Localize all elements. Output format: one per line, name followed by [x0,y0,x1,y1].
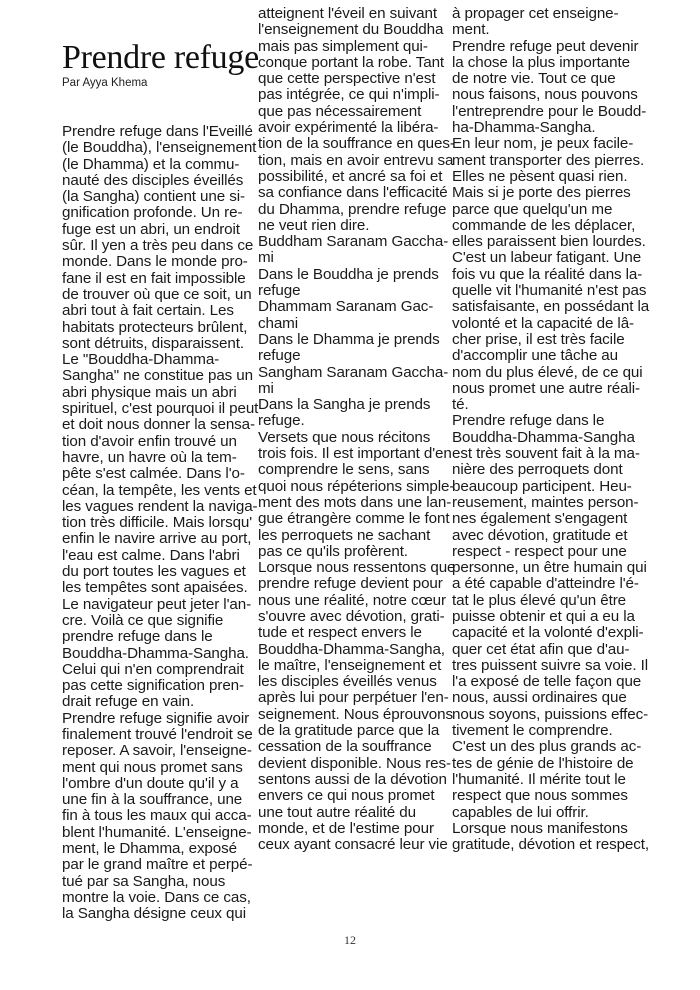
column-1-lines: Prendre refuge dans l'Eveillé(le Bouddha… [62,124,252,923]
text-line: nes également s'engagent [452,511,652,527]
text-line: les tempêtes sont apaisées. [62,580,252,596]
text-line: refuge [258,283,440,299]
text-line: cessation de la souffrance [258,739,440,755]
text-line: par le grand maître et perpé- [62,857,252,873]
text-line: Lorsque nous manifestons [452,821,652,837]
text-line: la chose la plus importante [452,55,652,71]
text-line: commande de les déplacer, [452,218,652,234]
text-line: personne, un être humain qui [452,560,652,576]
text-line: l'enseignement du Bouddha [258,22,440,38]
text-line: Versets que nous récitons [258,430,440,446]
text-line: tude et respect envers le [258,625,440,641]
text-line: gue étrangère comme le font [258,511,440,527]
text-column-1: Prendre refuge dans l'Eveillé(le Bouddha… [62,124,252,923]
text-line: tion de la souffrance en ques- [258,136,440,152]
text-line: tat le plus élevé qu'un être [452,593,652,609]
text-line: nous faisons, nous pouvons [452,87,652,103]
text-line: Prendre refuge peut devenir [452,39,652,55]
text-line: cher prise, il est très facile [452,332,652,348]
text-line: ha-Dhamma-Sangha. [452,120,652,136]
text-line: est très souvent fait à la ma- [452,446,652,462]
text-line: d'accomplir une tâche au [452,348,652,364]
text-line: spirituel, c'est pourquoi il peut [62,401,252,417]
document-page: Prendre refuge Par Ayya Khema Prendre re… [0,0,700,990]
text-line: C'est un labeur fatigant. Une [452,250,652,266]
text-line: puisse obtenir et qui a eu la [452,609,652,625]
text-line: quoi nous répéterions simple- [258,479,440,495]
text-line: reposer. A savoir, l'enseigne- [62,743,252,759]
text-line: ceux ayant consacré leur vie [258,837,440,853]
text-line: drait refuge en vain. [62,694,252,710]
text-line: mais pas simplement qui- [258,39,440,55]
text-line: a été capable d'atteindre l'é- [452,576,652,592]
text-line: ment transporter des pierres. [452,153,652,169]
text-column-2: atteignent l'éveil en suivantl'enseignem… [258,6,440,853]
text-line: enfin le navire arrive au port, [62,531,252,547]
text-column-3: à propager cet enseigne-ment.Prendre ref… [452,6,652,853]
text-line: Mais si je porte des pierres [452,185,652,201]
text-line: Dans le Dhamma je prends [258,332,440,348]
text-line: Dans le Bouddha je prends [258,267,440,283]
text-line: parce que quelqu'un me [452,202,652,218]
text-line: satisfaisante, en possédant la [452,299,652,315]
text-line: nous promet une autre réali- [452,381,652,397]
text-line: gnification profonde. Un re- [62,205,252,221]
text-line: Buddham Saranam Gaccha- [258,234,440,250]
text-line: l'eau est calme. Dans l'abri [62,548,252,564]
text-line: Prendre refuge signifie avoir [62,711,252,727]
text-line: sûr. Il yen a très peu dans ce [62,238,252,254]
text-line: Dhammam Saranam Gac- [258,299,440,315]
text-line: sa confiance dans l'efficacité [258,185,440,201]
text-line: ment, le Dhamma, exposé [62,841,252,857]
text-line: Prendre refuge dans le [452,413,652,429]
text-line: capacité et la volonté d'expli- [452,625,652,641]
text-line: envers ce qui nous promet [258,788,440,804]
text-line: fin à tous les maux qui acca- [62,808,252,824]
column-3-lines: à propager cet enseigne-ment.Prendre ref… [452,6,652,853]
text-line: de la gratitude parce que la [258,723,440,739]
text-line: havre, un havre où la tem- [62,450,252,466]
article-title: Prendre refuge [62,40,262,76]
text-line: refuge. [258,413,440,429]
text-line: l'ombre d'un doute qu'il y a [62,776,252,792]
text-line: elles paraissent bien lourdes. [452,234,652,250]
column-2-lines: atteignent l'éveil en suivantl'enseignem… [258,6,440,853]
text-line: nom du plus élevé, de ce qui [452,365,652,381]
text-line: reusement, maintes person- [452,495,652,511]
text-line: pas intégrée, ce qui n'impli- [258,87,440,103]
text-line: devient disponible. Nous res- [258,756,440,772]
text-line: chami [258,316,440,332]
text-line: comprendre le sens, sans [258,462,440,478]
article-header: Prendre refuge Par Ayya Khema [62,40,262,106]
text-line: monde. Dans le monde pro- [62,254,252,270]
text-line: Prendre refuge dans l'Eveillé [62,124,252,140]
text-line: après lui pour perpétuer l'en- [258,690,440,706]
text-line: cre. Voilà ce que signifie [62,613,252,629]
text-line: atteignent l'éveil en suivant [258,6,440,22]
text-line: avec dévotion, gratitude et [452,528,652,544]
text-line: tes de génie de l'histoire de [452,756,652,772]
text-line: capables de lui offrir. [452,805,652,821]
text-line: monde, et de l'estime pour [258,821,440,837]
text-line: les disciples éveillés venus [258,674,440,690]
text-line: gratitude, dévotion et respect, [452,837,652,853]
text-line: nière des perroquets dont [452,462,652,478]
text-line: ment qui nous promet sans [62,760,252,776]
text-line: sentons aussi de la dévotion [258,772,440,788]
text-line: quelle vit l'humanité n'est pas [452,283,652,299]
text-line: céan, la tempête, les vents et [62,483,252,499]
text-line: C'est un des plus grands ac- [452,739,652,755]
text-line: Sangham Saranam Gaccha- [258,365,440,381]
text-line: pête s'est calmée. Dans l'o- [62,466,252,482]
text-line: tion, mais en avoir entrevu sa [258,153,440,169]
text-line: nous une réalité, notre cœur [258,593,440,609]
text-line: quer cet état afin que d'au- [452,642,652,658]
text-line: tivement le comprendre. [452,723,652,739]
text-line: ment. [452,22,652,38]
text-line: s'ouvre avec dévotion, grati- [258,609,440,625]
text-line: ment des mots dans une lan- [258,495,440,511]
text-line: montre la voie. Dans ce cas, [62,890,252,906]
text-line: de notre vie. Tout ce que [452,71,652,87]
text-line: abri physique mais un abri [62,385,252,401]
text-line: que cette perspective n'est [258,71,440,87]
text-line: habitats protecteurs brûlent, [62,320,252,336]
text-line: avoir expérimenté la libéra- [258,120,440,136]
text-line: refuge [258,348,440,364]
text-line: une fin à la souffrance, une [62,792,252,808]
text-line: l'humanité. Il mérite tout le [452,772,652,788]
text-line: nous soyons, puissions effec- [452,707,652,723]
text-line: nauté des disciples éveillés [62,173,252,189]
text-line: Le navigateur peut jeter l'an- [62,597,252,613]
text-line: abri tout à fait certain. Les [62,303,252,319]
text-line: fuge est un abri, un endroit [62,222,252,238]
text-line: fane il est en fait impossible [62,271,252,287]
text-line: Bouddha-Dhamma-Sangha [452,430,652,446]
text-line: tion d'avoir enfin trouvé un [62,434,252,450]
text-line: Dans la Sangha je prends [258,397,440,413]
text-line: Bouddha-Dhamma-Sangha, [258,642,440,658]
text-line: fois vu que la réalité dans la- [452,267,652,283]
text-line: à propager cet enseigne- [452,6,652,22]
text-line: tion très difficile. Mais lorsqu' [62,515,252,531]
text-line: mi [258,250,440,266]
text-line: Le "Bouddha-Dhamma- [62,352,252,368]
text-line: (la Sangha) contient une si- [62,189,252,205]
text-line: (le Dhamma) et la commu- [62,157,252,173]
text-line: té. [452,397,652,413]
text-line: nous, aussi ordinaires que [452,690,652,706]
text-line: une tout autre réalité du [258,805,440,821]
text-line: seignement. Nous éprouvons [258,707,440,723]
text-line: que pas nécessairement [258,104,440,120]
text-line: mi [258,381,440,397]
text-line: prendre refuge dans le [62,629,252,645]
text-line: ne veut rien dire. [258,218,440,234]
text-line: l'a exposé de telle façon que [452,674,652,690]
text-line: En leur nom, je peux facile- [452,136,652,152]
text-line: pas ce qu'ils profèrent. [258,544,440,560]
text-line: blent l'humanité. L'enseigne- [62,825,252,841]
text-line: et doit nous donner la sensa- [62,417,252,433]
text-line: de trouver où que ce soit, un [62,287,252,303]
text-line: Elles ne pèsent quasi rien. [452,169,652,185]
text-line: les perroquets ne sachant [258,528,440,544]
text-line: Sangha" ne constitue pas un [62,368,252,384]
text-line: conque portant la robe. Tant [258,55,440,71]
article-byline: Par Ayya Khema [62,76,262,90]
text-line: beaucoup participent. Heu- [452,479,652,495]
text-line: les vagues rendent la naviga- [62,499,252,515]
text-line: sont détruits, disparaissent. [62,336,252,352]
text-line: du Dhamma, prendre refuge [258,202,440,218]
text-line: prendre refuge devient pour [258,576,440,592]
text-line: trois fois. Il est important d'en [258,446,440,462]
text-line: Celui qui n'en comprendrait [62,662,252,678]
text-line: (le Bouddha), l'enseignement [62,140,252,156]
text-line: tué par sa Sangha, nous [62,874,252,890]
text-line: le maître, l'enseignement et [258,658,440,674]
page-number: 12 [0,933,700,948]
text-line: du port toutes les vagues et [62,564,252,580]
text-line: volonté et la capacité de lâ- [452,316,652,332]
text-line: l'entreprendre pour le Boudd- [452,104,652,120]
text-line: possibilité, et ancré sa foi et [258,169,440,185]
text-line: la Sangha désigne ceux qui [62,906,252,922]
text-line: Lorsque nous ressentons que [258,560,440,576]
text-line: tres puissent suivre sa voie. Il [452,658,652,674]
text-line: respect que nous sommes [452,788,652,804]
text-line: pas cette signification pren- [62,678,252,694]
text-line: Bouddha-Dhamma-Sangha. [62,646,252,662]
text-line: finalement trouvé l'endroit se [62,727,252,743]
text-line: respect - respect pour une [452,544,652,560]
